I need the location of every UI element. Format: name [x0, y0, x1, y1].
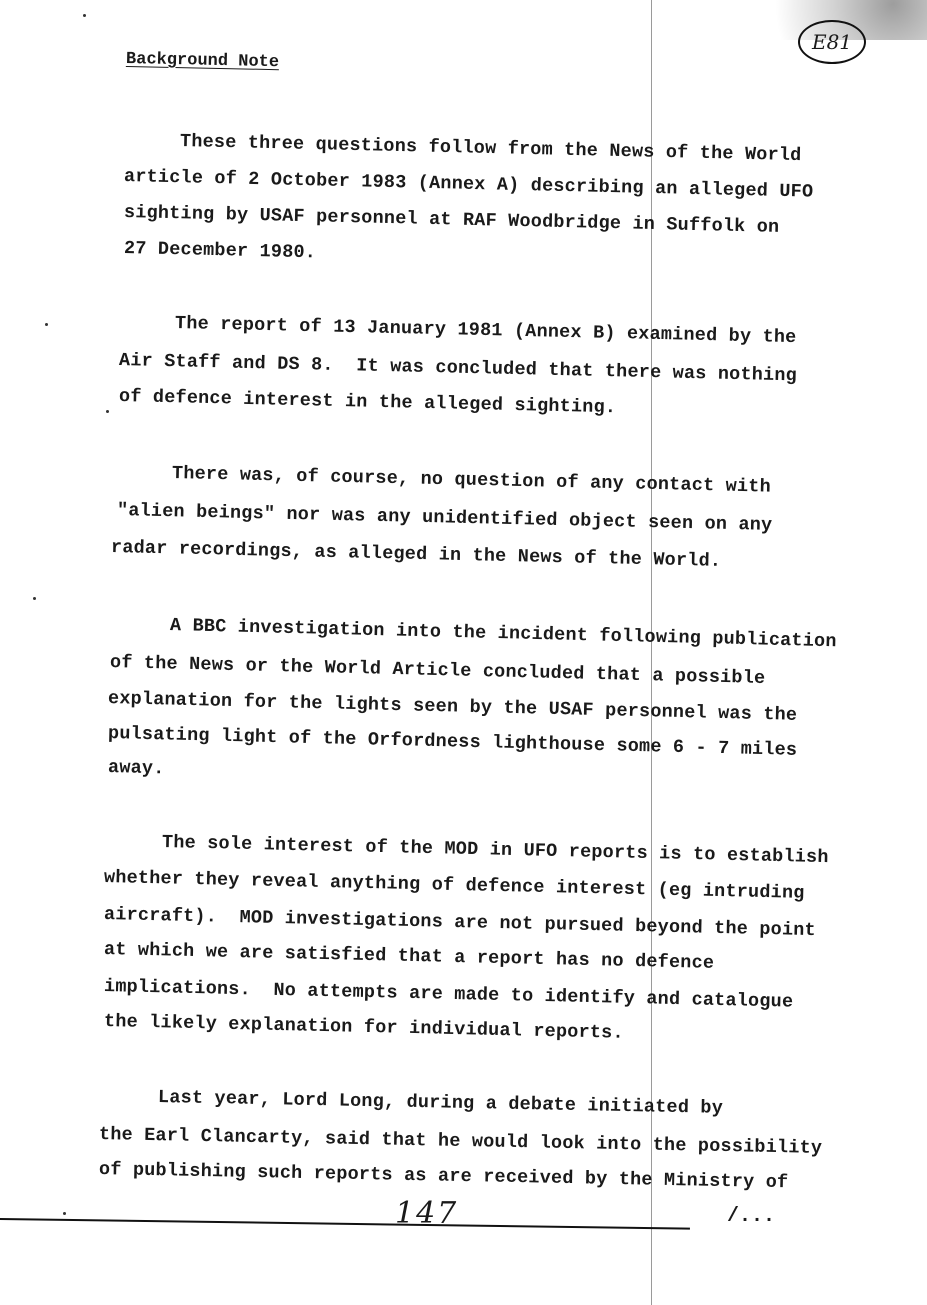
continuation-mark: /...	[727, 1205, 775, 1228]
scan-speck	[83, 14, 86, 17]
text-line: sighting by USAF personnel at RAF Woodbr…	[124, 202, 780, 238]
heading: Background Note	[126, 50, 279, 72]
page-number: 147	[395, 1196, 458, 1231]
text-line: away.	[108, 757, 165, 779]
text-line: Last year, Lord Long, during a debate in…	[158, 1087, 723, 1119]
text-line: aircraft). MOD investigations are not pu…	[104, 904, 816, 941]
text-line: explanation for the lights seen by the U…	[108, 688, 798, 726]
scan-speck	[45, 323, 48, 326]
scan-speck	[106, 410, 109, 413]
text-line: The sole interest of the MOD in UFO repo…	[162, 832, 829, 868]
scan-speck	[550, 1100, 553, 1103]
text-line: article of 2 October 1983 (Annex A) desc…	[124, 166, 814, 203]
text-line: A BBC investigation into the incident fo…	[170, 615, 837, 652]
text-line: of the News or the World Article conclud…	[110, 652, 766, 689]
scan-speck	[33, 597, 36, 600]
text-line: the likely explanation for individual re…	[104, 1011, 624, 1044]
text-line: Air Staff and DS 8. It was concluded tha…	[119, 350, 797, 386]
text-line: the Earl Clancarty, said that he would l…	[99, 1124, 823, 1159]
text-line: implications. No attempts are made to id…	[104, 976, 794, 1013]
text-line: 27 December 1980.	[124, 238, 317, 263]
text-line: "alien beings" nor was any unidentified …	[117, 500, 773, 536]
text-line: The report of 13 January 1981 (Annex B) …	[175, 313, 797, 348]
document-page: E81 Background Note These three question…	[0, 0, 927, 1305]
folio-mark: E81	[798, 20, 866, 64]
text-line: These three questions follow from the Ne…	[180, 131, 802, 166]
footer-rule	[0, 1218, 690, 1230]
text-line: radar recordings, as alleged in the News…	[111, 537, 722, 572]
text-line: whether they reveal anything of defence …	[104, 867, 805, 904]
text-line: at which we are satisfied that a report …	[104, 939, 715, 974]
text-line: There was, of course, no question of any…	[172, 463, 771, 498]
text-line: of defence interest in the alleged sight…	[119, 386, 617, 418]
scan-speck	[63, 1212, 66, 1215]
text-line: of publishing such reports as are receiv…	[99, 1159, 789, 1193]
text-line: pulsating light of the Orfordness lighth…	[108, 723, 798, 761]
